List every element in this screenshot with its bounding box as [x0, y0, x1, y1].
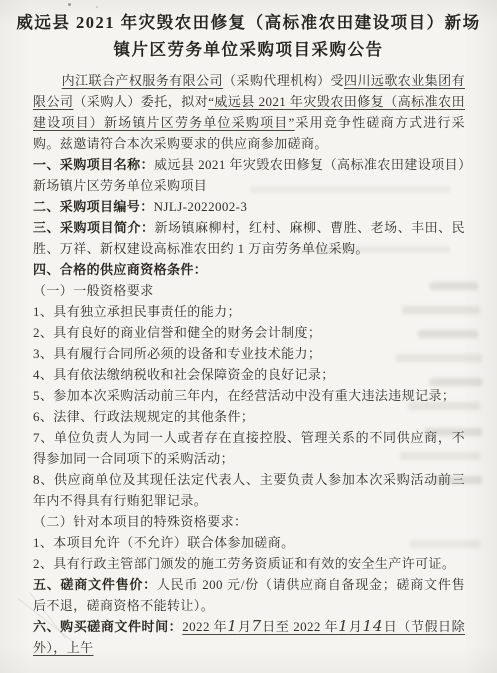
general-item-6: 6、法律、行政法规规定的其他条件；: [33, 406, 465, 427]
scanned-document-page: 威远县 2021 年灾毁农田修复（高标准农田建设项目）新场 镇片区劳务单位采购项…: [0, 0, 497, 673]
general-item-4: 4、具有依法缴纳税收和社会保障资金的良好记录；: [33, 364, 465, 385]
text-segment: NJLJ-2022002-3: [154, 199, 248, 214]
text-segment: 8、供应商单位及其现任法定代表人、主要负责人参加本次采购活动前三年内不得具有行贿…: [33, 472, 465, 508]
handwritten-date-digit: 1: [227, 617, 238, 635]
scan-speck: [96, 6, 98, 8]
section-2-project-number: 二、采购项目编号：NJLJ-2022002-3: [33, 196, 465, 217]
text-segment: 一、采购项目名称：: [33, 157, 154, 172]
text-segment: 4、具有依法缴纳税收和社会保障资金的良好记录；: [33, 367, 335, 382]
special-item-1: 1、本项目允许（不允许）联合体参加磋商。: [33, 532, 465, 553]
sub-heading-special: （二）针对本项目的特殊资格要求：: [33, 511, 465, 532]
text-segment: 月: [349, 619, 363, 634]
text-segment: 五、磋商文件售价：: [33, 577, 157, 592]
special-item-2: 2、具有行政主管部门颁发的施工劳务资质证和有效的安全生产许可证。: [33, 553, 465, 574]
general-item-3: 3、具有履行合同所必须的设备和专业技术能力；: [33, 343, 465, 364]
text-segment: 5、参加本次采购活动前三年内，在经营活动中没有重大违法违规记录；: [33, 388, 455, 403]
text-segment: （采购人）委托，拟对: [73, 94, 208, 109]
scan-speck: [68, 3, 71, 6]
text-segment: 2、具有良好的商业信誉和健全的财务会计制度；: [33, 325, 321, 340]
text-segment: 二、采购项目编号：: [33, 199, 154, 214]
general-item-5: 5、参加本次采购活动前三年内，在经营活动中没有重大违法违规记录；: [33, 385, 465, 406]
text-segment: 内江联合产权服务有限公司: [62, 73, 223, 88]
document-title-line-2: 镇片区劳务单位采购项目采购公告: [0, 36, 497, 63]
sub-heading-general: （一）一般资格要求: [33, 280, 465, 301]
text-segment: （采购代理机构）受: [223, 73, 344, 88]
text-segment: 2、具有行政主管部门颁发的施工劳务资质证和有效的安全生产许可证。: [33, 556, 455, 571]
text-segment: 3、具有履行合同所必须的设备和专业技术能力；: [33, 346, 321, 361]
section-6-purchase-time: 六、购买磋商文件时间：2022 年1月7日至 2022 年1月14日（节假日除外…: [33, 616, 465, 658]
document-title-line-1: 威远县 2021 年灾毁农田修复（高标准农田建设项目）新场: [0, 9, 497, 36]
handwritten-date-digit: 7: [252, 617, 263, 635]
general-item-8: 8、供应商单位及其现任法定代表人、主要负责人参加本次采购活动前三年内不得具有行贿…: [33, 469, 465, 511]
handwritten-date-digit: 1: [338, 617, 349, 635]
text-segment: 6、法律、行政法规规定的其他条件；: [33, 409, 254, 424]
text-segment: （二）针对本项目的特殊资格要求：: [33, 514, 247, 529]
text-segment: 六、购买磋商文件时间：: [33, 619, 182, 634]
section-4-qualification: 四、合格的供应商资格条件：: [33, 259, 465, 280]
text-segment: 1、具有独立承担民事责任的能力；: [33, 304, 241, 319]
general-item-1: 1、具有独立承担民事责任的能力；: [33, 301, 465, 322]
general-item-2: 2、具有良好的商业信誉和健全的财务会计制度；: [33, 322, 465, 343]
text-segment: 7、单位负责人为同一人或者存在直接控股、管理关系的不同供应商，不得参加同一合同项…: [33, 430, 465, 466]
section-3-project-brief: 三、采购项目简介：新场镇麻柳村，红村、麻柳、曹胜、老场、丰田、民胜、万祥、新权建…: [33, 217, 465, 259]
text-segment: 月: [238, 619, 252, 634]
text-segment: 1、本项目允许（不允许）联合体参加磋商。: [33, 535, 295, 550]
section-1-project-name: 一、采购项目名称：威远县 2021 年灾毁农田修复（高标准农田建设项目）新场镇片…: [33, 154, 465, 196]
text-segment: 四、合格的供应商资格条件：: [33, 262, 207, 277]
section-5-document-price: 五、磋商文件售价：人民币 200 元/份（请供应商自备现金；磋商文件售后不退，磋…: [33, 574, 465, 616]
text-segment: 2022 年: [182, 619, 227, 634]
handwritten-date-digit: 14: [363, 617, 384, 635]
text-segment: 三、采购项目简介：: [33, 220, 155, 235]
general-item-7: 7、单位负责人为同一人或者存在直接控股、管理关系的不同供应商，不得参加同一合同项…: [33, 427, 465, 469]
text-segment: （一）一般资格要求: [33, 283, 154, 298]
document-body: 内江联合产权服务有限公司（采购代理机构）受四川远歌农业集团有限公司（采购人）委托…: [0, 70, 497, 658]
intro-paragraph: 内江联合产权服务有限公司（采购代理机构）受四川远歌农业集团有限公司（采购人）委托…: [33, 70, 465, 154]
document-title: 威远县 2021 年灾毁农田修复（高标准农田建设项目）新场 镇片区劳务单位采购项…: [0, 9, 497, 63]
text-segment: 日至 2022 年: [262, 619, 338, 634]
